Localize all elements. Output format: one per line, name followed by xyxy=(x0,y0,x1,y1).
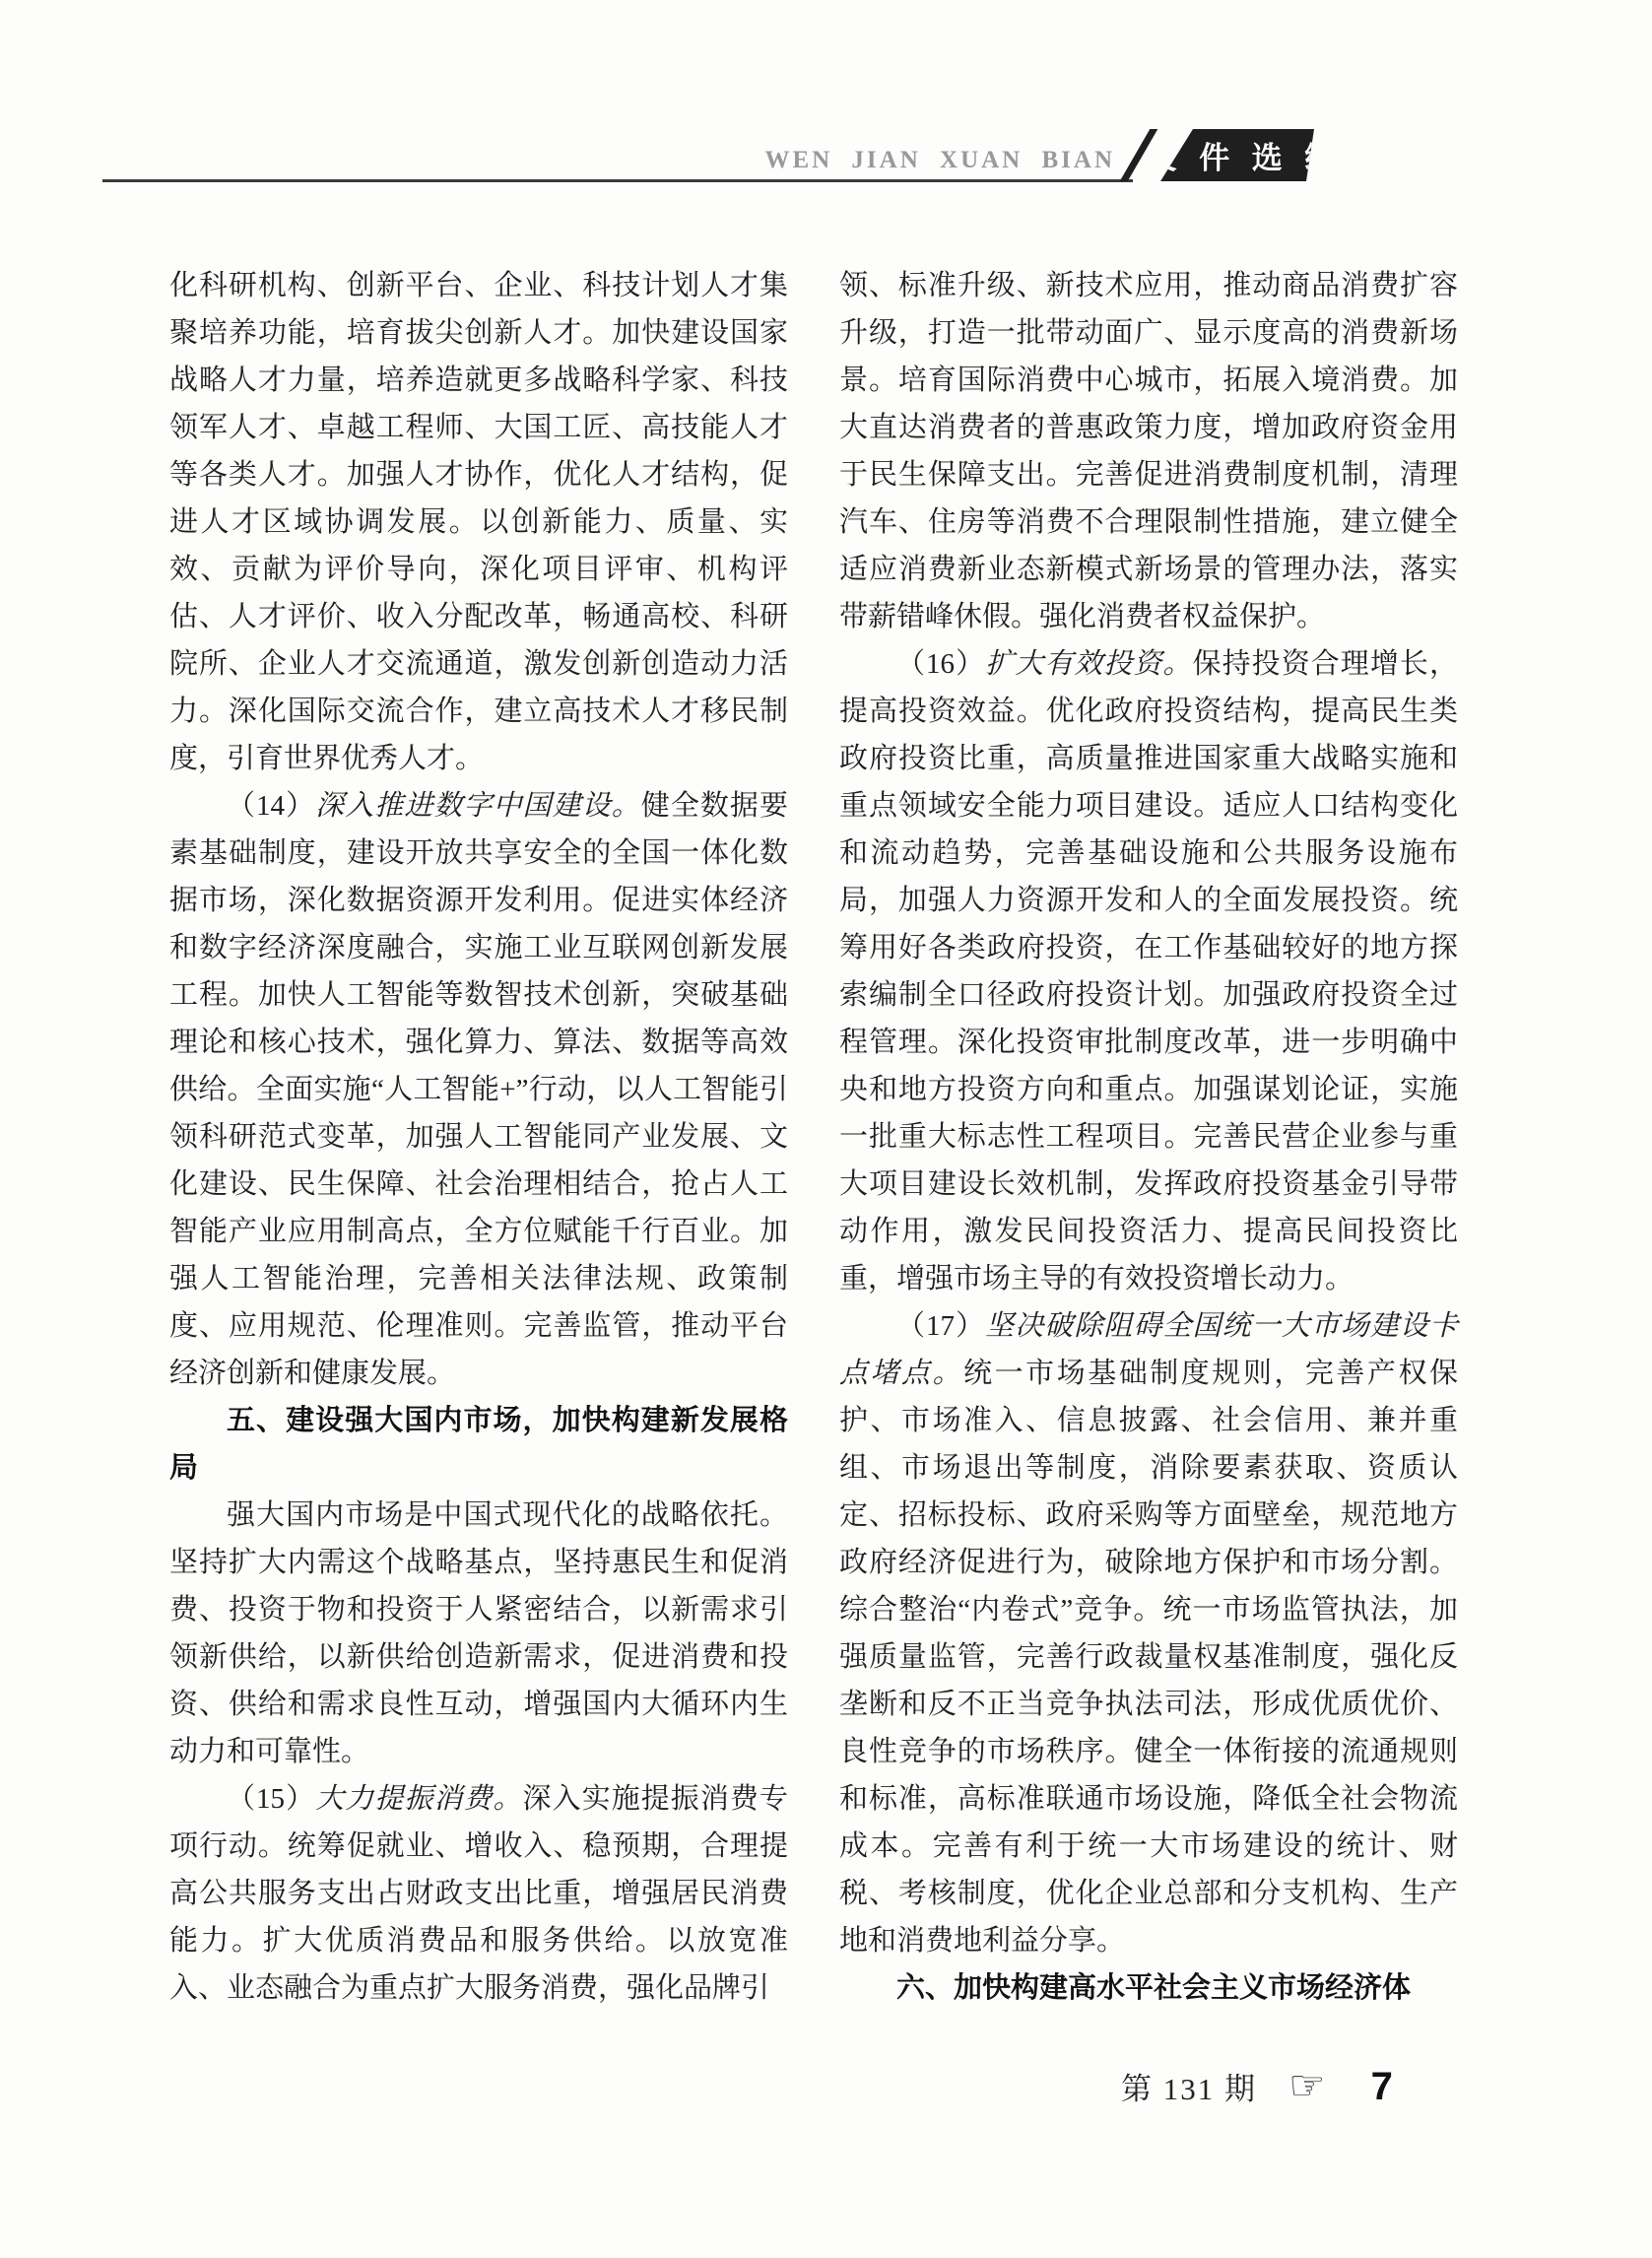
magazine-title-cn: 文 件 选 编 xyxy=(1147,133,1343,177)
section-heading: 六、加快构建高水平社会主义市场经济体 xyxy=(839,1964,1458,2012)
body-paragraph: （14）深入推进数字中国建设。健全数据要素基础制度，建设开放共享安全的全国一体化… xyxy=(169,782,788,1397)
body-paragraph: 化科研机构、创新平台、企业、科技计划人才集聚培养功能，培育拔尖创新人才。加快建设… xyxy=(169,262,788,782)
text-segment: 五、建设强大国内市场，加快构建新发展格局 xyxy=(169,1405,788,1484)
header-rule xyxy=(102,179,1133,182)
text-segment: 领、标准升级、新技术应用，推动商品消费扩容升级，打造一批带动面广、显示度高的消费… xyxy=(839,270,1458,632)
text-segment: 强大国内市场是中国式现代化的战略依托。坚持扩大内需这个战略基点，坚持惠民生和促消… xyxy=(169,1499,788,1767)
text-segment: 深入实施提振消费专项行动。统筹促就业、增收入、稳预期，合理提高公共服务支出占财政… xyxy=(169,1783,788,2004)
body-paragraph: 领、标准升级、新技术应用，推动商品消费扩容升级，打造一批带动面广、显示度高的消费… xyxy=(839,262,1458,640)
body-paragraph: （17）坚决破除阻碍全国统一大市场建设卡点堵点。统一市场基础制度规则，完善产权保… xyxy=(839,1302,1458,1964)
text-segment: 保持投资合理增长，提高投资效益。优化政府投资结构，提高民生类政府投资比重，高质量… xyxy=(839,648,1458,1295)
emphasis-lead-phrase: 扩大有效投资。 xyxy=(985,648,1192,680)
body-paragraph: （15）大力提振消费。深入实施提振消费专项行动。统筹促就业、增收入、稳预期，合理… xyxy=(169,1775,788,2012)
text-segment: 统一市场基础制度规则，完善产权保护、市场准入、信息披露、社会信用、兼并重组、市场… xyxy=(839,1358,1458,1957)
left-column: 化科研机构、创新平台、企业、科技计划人才集聚培养功能，培育拔尖创新人才。加快建设… xyxy=(169,262,788,2012)
slash-decoration xyxy=(1120,129,1158,181)
text-segment: （15） xyxy=(227,1783,315,1815)
text-segment: （14） xyxy=(227,790,315,822)
text-segment: 健全数据要素基础制度，建设开放共享安全的全国一体化数据市场，深化数据资源开发利用… xyxy=(169,790,788,1389)
issue-label: 第 131 期 xyxy=(1121,2064,1257,2108)
text-segment: 化科研机构、创新平台、企业、科技计划人才集聚培养功能，培育拔尖创新人才。加快建设… xyxy=(169,270,788,774)
text-segment: （17） xyxy=(896,1310,985,1342)
section-heading: 五、建设强大国内市场，加快构建新发展格局 xyxy=(169,1397,788,1492)
emphasis-lead-phrase: 大力提振消费。 xyxy=(315,1783,522,1815)
magazine-title-box: 文 件 选 编 xyxy=(1160,129,1314,181)
text-segment: 六、加快构建高水平社会主义市场经济体 xyxy=(896,1972,1411,2004)
page-number: 7 xyxy=(1371,2065,1393,2109)
right-column: 领、标准升级、新技术应用，推动商品消费扩容升级，打造一批带动面广、显示度高的消费… xyxy=(839,262,1458,2012)
text-segment: （16） xyxy=(896,648,985,680)
pointing-hand-icon: ☞ xyxy=(1289,2061,1326,2110)
document-page: WEN JIAN XUAN BIAN 文 件 选 编 化科研机构、创新平台、企业… xyxy=(0,0,1652,2258)
body-paragraph: （16）扩大有效投资。保持投资合理增长，提高投资效益。优化政府投资结构，提高民生… xyxy=(839,640,1458,1302)
magazine-title-pinyin: WEN JIAN XUAN BIAN xyxy=(630,144,1115,177)
body-paragraph: 强大国内市场是中国式现代化的战略依托。坚持扩大内需这个战略基点，坚持惠民生和促消… xyxy=(169,1492,788,1775)
emphasis-lead-phrase: 深入推进数字中国建设。 xyxy=(315,790,641,822)
page-footer: 第 131 期 ☞ 7 xyxy=(1121,2061,1393,2110)
